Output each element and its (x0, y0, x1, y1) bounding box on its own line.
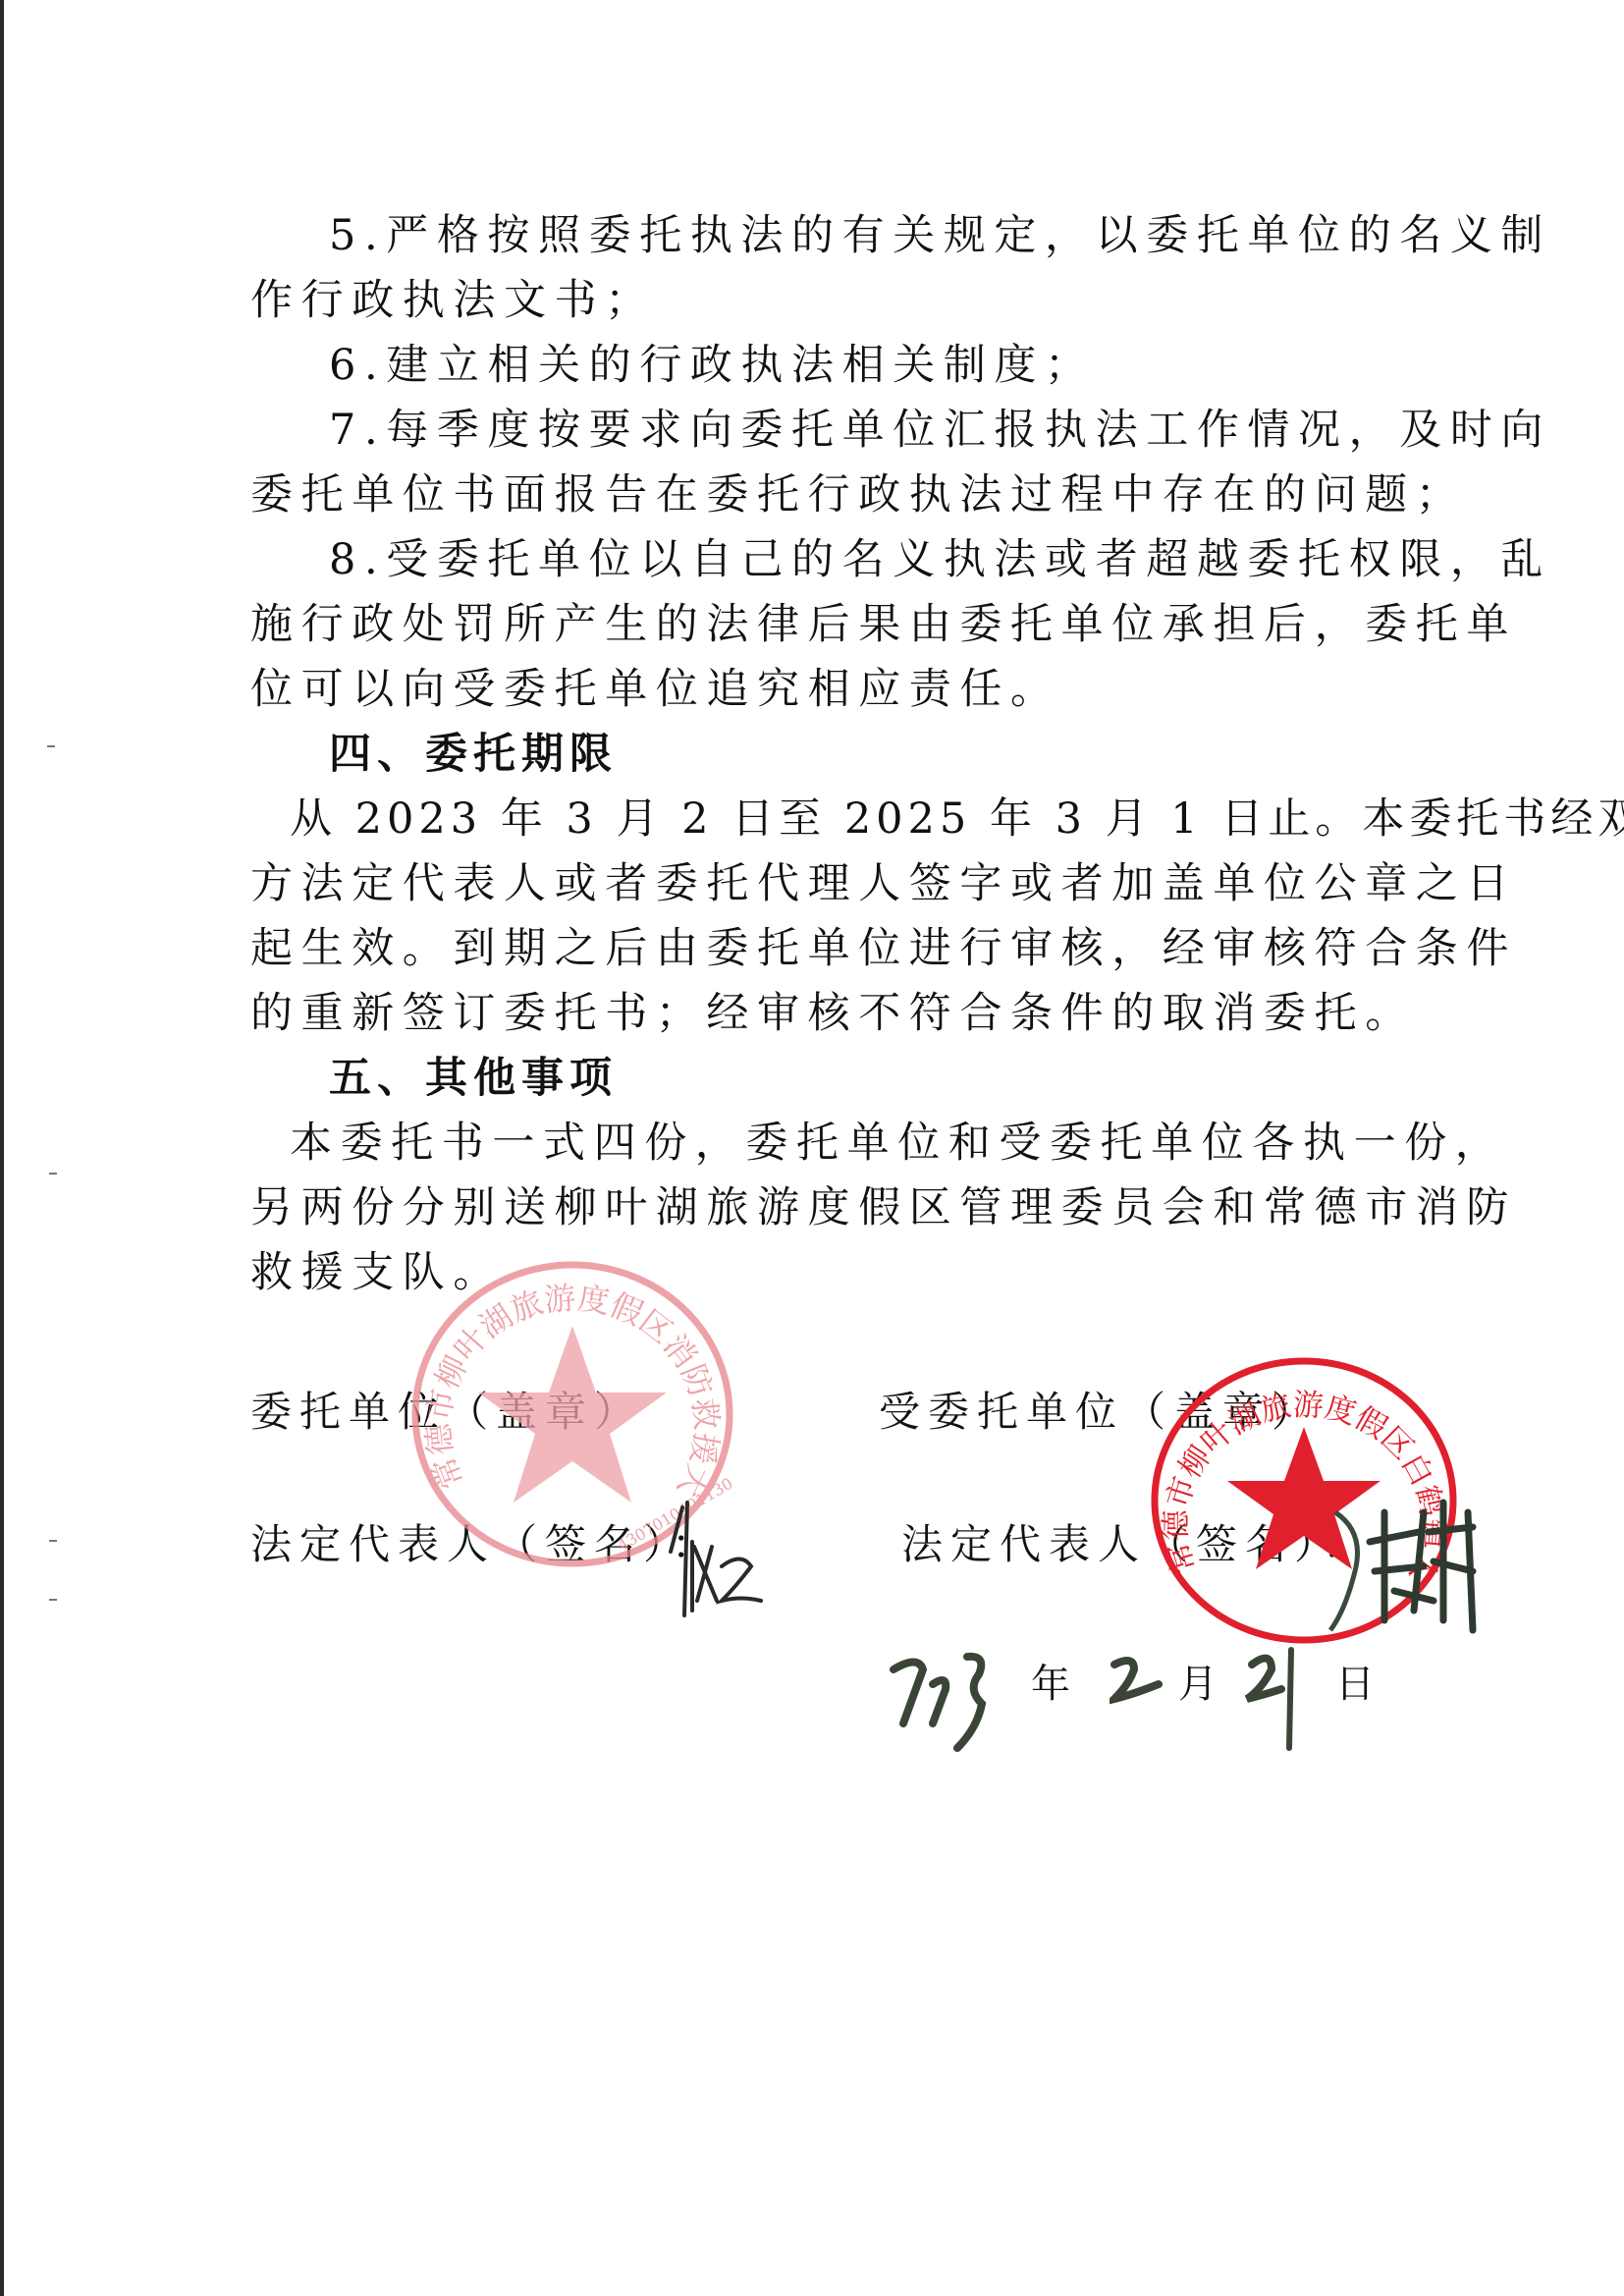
handwritten-day (1242, 1645, 1321, 1753)
scan-left-edge (0, 0, 4, 2296)
item-6-line-1: 6.建立相关的行政执法相关制度； (329, 341, 1096, 390)
item-5-line-1: 5.严格按照委托执法的有关规定，以委托单位的名义制 (329, 211, 1551, 260)
section-4-line-1: 从 2023 年 3 月 2 日至 2025 年 3 月 1 日止。本委托书经双 (290, 794, 1624, 844)
section-4-line-4: 的重新签订委托书；经审核不符合条件的取消委托。 (250, 989, 1416, 1038)
section-5-line-1: 本委托书一式四份，委托单位和受委托单位各执一份， (290, 1119, 1505, 1168)
item-8-line-1: 8.受委托单位以自己的名义执法或者超越委托权限，乱 (329, 535, 1551, 584)
item-8-line-2: 施行政处罚所产生的法律后果由委托单位承担后，委托单 (250, 600, 1517, 649)
section-5-line-2: 另两份分别送柳叶湖旅游度假区管理委员会和常德市消防 (250, 1183, 1517, 1232)
scan-margin-mark (49, 1173, 57, 1175)
section-4-heading: 四、委托期限 (329, 730, 618, 779)
section-4-line-2: 方法定代表人或者委托代理人签字或者加盖单位公章之日 (250, 859, 1517, 908)
scan-margin-mark (47, 745, 55, 747)
section-5-heading: 五、其他事项 (329, 1054, 618, 1103)
handwritten-year (889, 1645, 1026, 1753)
delegated-rep-signature (1326, 1473, 1483, 1640)
date-month-label: 月 (1178, 1660, 1218, 1709)
date-day-label: 日 (1335, 1660, 1375, 1709)
handwritten-month (1110, 1655, 1168, 1714)
scan-margin-mark (49, 1540, 57, 1542)
item-7-line-1: 7.每季度按要求向委托单位汇报执法工作情况，及时向 (329, 406, 1551, 455)
item-8-line-3: 位可以向受委托单位追究相应责任。 (250, 665, 1061, 714)
item-5-line-2: 作行政执法文书； (250, 276, 656, 325)
scan-margin-mark (49, 1599, 57, 1601)
item-7-line-2: 委托单位书面报告在委托行政执法过程中存在的问题； (250, 470, 1466, 519)
section-4-line-3: 起生效。到期之后由委托单位进行审核，经审核符合条件 (250, 924, 1517, 973)
date-year-label: 年 (1031, 1660, 1070, 1709)
delegating-rep-signature (643, 1493, 771, 1620)
